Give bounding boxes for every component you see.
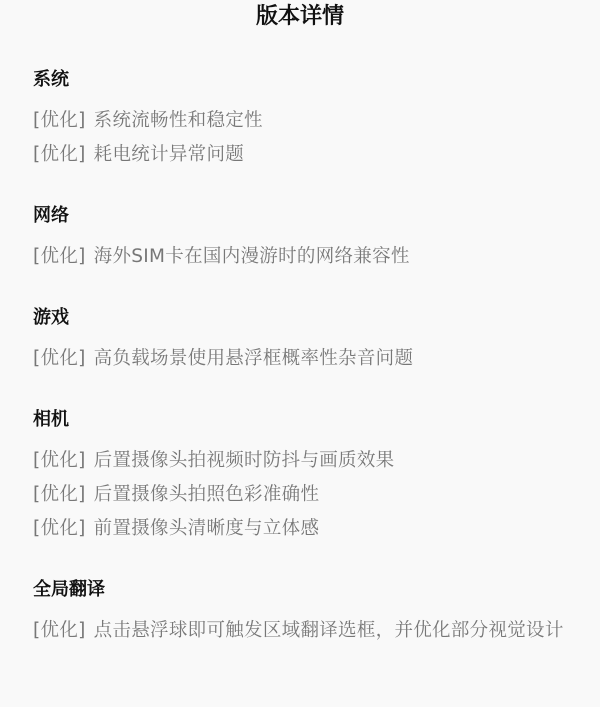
- list-item: [优化]耗电统计异常问题: [33, 138, 573, 172]
- list-item: [优化]系统流畅性和稳定性: [33, 104, 573, 138]
- item-tag: [优化]: [33, 144, 86, 165]
- item-text: 后置摄像头拍照色彩准确性: [94, 484, 320, 505]
- item-tag: [优化]: [33, 110, 86, 131]
- page-title: 版本详情: [0, 0, 600, 34]
- list-item: [优化]海外SIM卡在国内漫游时的网络兼容性: [33, 240, 573, 274]
- section-title: 全局翻译: [33, 572, 573, 608]
- section-title: 相机: [33, 402, 573, 438]
- section-system: 系统 [优化]系统流畅性和稳定性 [优化]耗电统计异常问题: [33, 62, 573, 172]
- release-notes: 系统 [优化]系统流畅性和稳定性 [优化]耗电统计异常问题 网络 [优化]海外S…: [33, 62, 573, 674]
- list-item: [优化]后置摄像头拍视频时防抖与画质效果: [33, 444, 573, 478]
- item-tag: [优化]: [33, 484, 86, 505]
- item-text: 耗电统计异常问题: [94, 144, 244, 165]
- item-tag: [优化]: [33, 518, 86, 539]
- item-tag: [优化]: [33, 348, 86, 369]
- item-tag: [优化]: [33, 450, 86, 471]
- section-network: 网络 [优化]海外SIM卡在国内漫游时的网络兼容性: [33, 198, 573, 274]
- item-text: 前置摄像头清晰度与立体感: [94, 518, 320, 539]
- list-item: [优化]高负载场景使用悬浮框概率性杂音问题: [33, 342, 573, 376]
- list-item: [优化]点击悬浮球即可触发区域翻译选框，并优化部分视觉设计: [33, 614, 573, 648]
- item-tag: [优化]: [33, 246, 86, 267]
- section-title: 系统: [33, 62, 573, 98]
- item-text: 点击悬浮球即可触发区域翻译选框，并优化部分视觉设计: [94, 620, 564, 641]
- section-title: 网络: [33, 198, 573, 234]
- item-text: 后置摄像头拍视频时防抖与画质效果: [94, 450, 395, 471]
- section-camera: 相机 [优化]后置摄像头拍视频时防抖与画质效果 [优化]后置摄像头拍照色彩准确性…: [33, 402, 573, 546]
- section-title: 游戏: [33, 300, 573, 336]
- list-item: [优化]后置摄像头拍照色彩准确性: [33, 478, 573, 512]
- section-global-translate: 全局翻译 [优化]点击悬浮球即可触发区域翻译选框，并优化部分视觉设计: [33, 572, 573, 648]
- item-text: 高负载场景使用悬浮框概率性杂音问题: [94, 348, 414, 369]
- item-text: 海外SIM卡在国内漫游时的网络兼容性: [94, 246, 410, 267]
- list-item: [优化]前置摄像头清晰度与立体感: [33, 512, 573, 546]
- item-tag: [优化]: [33, 620, 86, 641]
- item-text: 系统流畅性和稳定性: [94, 110, 263, 131]
- section-game: 游戏 [优化]高负载场景使用悬浮框概率性杂音问题: [33, 300, 573, 376]
